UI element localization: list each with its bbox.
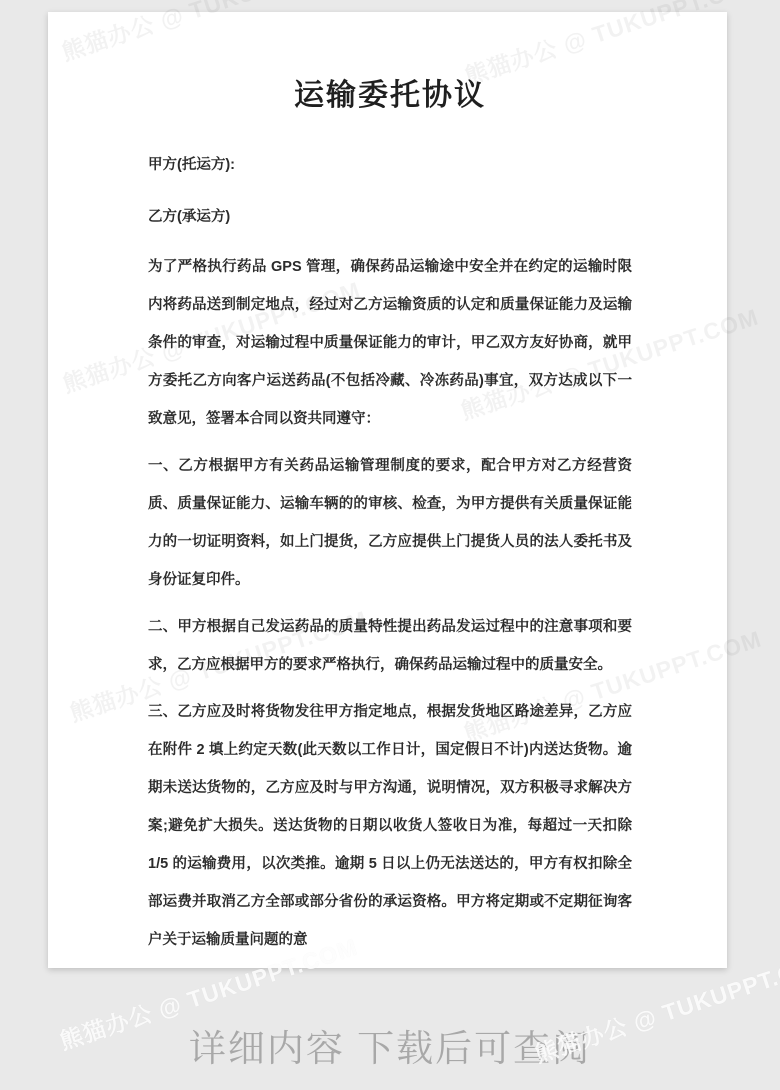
preview-footer-caption: 详细内容 下载后可查阅 — [0, 1018, 780, 1072]
paragraph-intro: 为了严格执行药品 GPS 管理，确保药品运输途中安全并在约定的运输时限内将药品送… — [148, 248, 632, 438]
document-title: 运输委托协议 — [148, 76, 632, 116]
party-a-line: 甲方(托运方): — [148, 146, 632, 184]
paragraph-clause-2: 二、甲方根据自己发运药品的质量特性提出药品发运过程中的注意事项和要求，乙方应根据… — [148, 608, 632, 684]
document-preview-background: 运输委托协议 甲方(托运方): 乙方(承运方) 为了严格执行药品 GPS 管理，… — [0, 0, 780, 1090]
paragraph-clause-1: 一、乙方根据甲方有关药品运输管理制度的要求，配合甲方对乙方经营资质、质量保证能力… — [148, 447, 632, 599]
document-page: 运输委托协议 甲方(托运方): 乙方(承运方) 为了严格执行药品 GPS 管理，… — [48, 12, 727, 968]
paragraph-clause-3: 三、乙方应及时将货物发往甲方指定地点，根据发货地区路途差异，乙方应在附件 2 填… — [148, 693, 632, 959]
party-b-line: 乙方(承运方) — [148, 198, 632, 236]
